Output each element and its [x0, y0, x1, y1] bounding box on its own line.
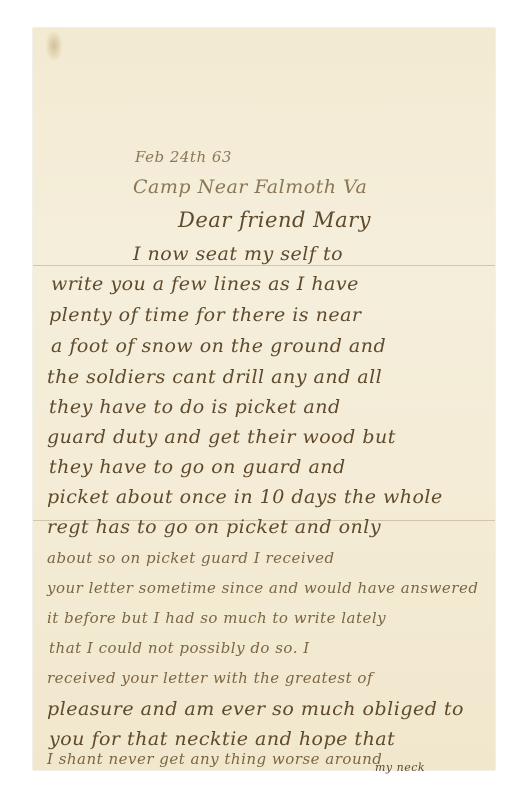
letter-line: your letter sometime since and would hav…	[47, 579, 478, 597]
letter-line: they have to do is picket and	[49, 396, 341, 418]
letter-line: a foot of snow on the ground and	[51, 335, 386, 357]
letter-date: Feb 24th 63	[135, 148, 232, 166]
letter-paper: Feb 24th 63 Camp Near Falmoth Va Dear fr…	[33, 28, 495, 770]
fold-crease-upper	[33, 265, 495, 266]
letter-line: they have to go on guard and	[49, 456, 346, 478]
letter-line: write you a few lines as I have	[51, 273, 359, 295]
letter-line: it before but I had so much to write lat…	[47, 609, 386, 627]
letter-line: regt has to go on picket and only	[47, 516, 381, 538]
letter-line: received your letter with the greatest o…	[47, 669, 373, 687]
letter-line: guard duty and get their wood but	[47, 426, 396, 448]
letter-line: pleasure and am ever so much obliged to	[47, 698, 464, 720]
letter-line: I now seat my self to	[133, 243, 343, 265]
letter-salutation: Dear friend Mary	[178, 208, 371, 232]
interlinear-note: my neck	[375, 761, 425, 774]
letter-line: I shant never get any thing worse around	[47, 750, 382, 768]
letter-line: about so on picket guard I received	[47, 549, 335, 567]
letter-line: you for that necktie and hope that	[49, 728, 395, 750]
letter-line: that I could not possibly do so. I	[49, 639, 310, 657]
letter-line: the soldiers cant drill any and all	[47, 366, 382, 388]
paper-stain	[45, 30, 63, 62]
letter-line: plenty of time for there is near	[49, 304, 362, 326]
letter-place: Camp Near Falmoth Va	[133, 176, 367, 198]
letter-line: picket about once in 10 days the whole	[47, 486, 443, 508]
